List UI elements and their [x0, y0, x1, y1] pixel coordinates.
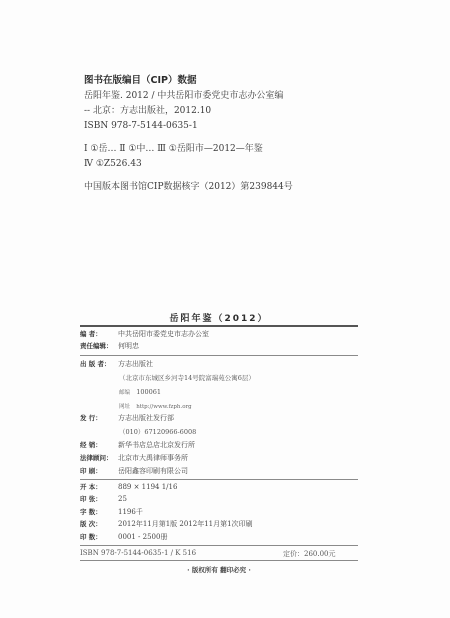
distributor-row: 发 行：方志出版社发行部 — [80, 413, 174, 423]
website-value: http://www.fzph.org — [136, 404, 191, 410]
words-value: 1196千 — [118, 508, 143, 516]
printer-label: 印 刷： — [80, 466, 118, 476]
responsible-editor-label: 责任编辑： — [80, 341, 118, 351]
distributor-phone: （010）67120966-6008 — [119, 427, 196, 437]
edition-label: 版 次： — [80, 519, 118, 529]
publisher-row: 出 版 者：方志出版社 — [80, 359, 153, 369]
publisher-value: 方志出版社 — [118, 360, 153, 368]
divider — [80, 355, 358, 356]
sheets-row: 印 张：25 — [80, 494, 127, 504]
format-label: 开 本： — [80, 482, 118, 492]
format-row: 开 本：889 × 1194 1/16 — [80, 482, 177, 492]
website-label: 网址 — [119, 404, 130, 410]
postcode-row: 邮编 100061 — [119, 387, 161, 398]
distributor-label: 发 行： — [80, 413, 118, 423]
words-label: 字 数： — [80, 507, 118, 517]
cip-line-classification: Ⅰ ①岳… Ⅱ ①中… Ⅲ ①岳阳市—2012—年鉴 — [84, 142, 374, 157]
responsible-editor-row: 责任编辑：何明忠 — [80, 341, 139, 351]
seller-row: 经 销：新华书店总店北京发行所 — [80, 440, 195, 450]
divider — [80, 325, 358, 327]
sheets-value: 25 — [118, 495, 127, 503]
print-run-value: 0001 - 2500册 — [118, 533, 167, 541]
cip-title: 图书在版编目（CIP）数据 — [84, 73, 374, 88]
postcode-label: 邮编 — [119, 390, 130, 396]
words-row: 字 数：1196千 — [80, 507, 143, 517]
cip-line-publisher: -- 北京：方志出版社，2012.10 — [84, 104, 374, 119]
legal-value: 北京市大禹律师事务所 — [118, 454, 188, 462]
format-value: 889 × 1194 1/16 — [118, 483, 177, 491]
printer-value: 岳阳鑫容印刷有限公司 — [118, 467, 188, 475]
publisher-label: 出 版 者： — [80, 359, 118, 369]
editor-value: 中共岳阳市委党史市志办公室 — [118, 330, 209, 338]
cip-line-isbn: ISBN 978-7-5144-0635-1 — [84, 119, 374, 134]
copyright-notice: · 版权所有 翻印必究 · — [80, 565, 358, 574]
legal-row: 法律顾问：北京市大禹律师事务所 — [80, 453, 188, 463]
cip-block: 图书在版编目（CIP）数据 岳阳年鉴. 2012 / 中共岳阳市委党史市志办公室… — [84, 73, 374, 195]
print-run-label: 印 数： — [80, 532, 118, 542]
editor-row: 编 者：中共岳阳市委党史市志办公室 — [80, 329, 209, 339]
isbn-line: ISBN 978-7-5144-0635-1 / K 516 — [80, 549, 196, 557]
postcode-value: 100061 — [136, 388, 161, 396]
cip-line-title-author: 岳阳年鉴. 2012 / 中共岳阳市委党史市志办公室编 — [84, 89, 374, 104]
divider — [80, 560, 358, 561]
price: 定价：260.00元 — [283, 549, 336, 559]
legal-label: 法律顾问： — [80, 453, 118, 463]
website-row: 网址 http://www.fzph.org — [119, 401, 192, 412]
divider — [80, 479, 358, 480]
sheets-label: 印 张： — [80, 494, 118, 504]
responsible-editor-value: 何明忠 — [118, 342, 139, 350]
distributor-value: 方志出版社发行部 — [118, 414, 174, 422]
divider — [80, 545, 358, 546]
seller-label: 经 销： — [80, 440, 118, 450]
book-title: 岳阳年鉴（2012） — [80, 311, 358, 324]
editor-label: 编 者： — [80, 329, 118, 339]
cip-line-class-number: Ⅳ ①Z526.43 — [84, 157, 374, 172]
print-run-row: 印 数：0001 - 2500册 — [80, 532, 167, 542]
edition-row: 版 次：2012年11月第1版 2012年11月第1次印刷 — [80, 519, 253, 529]
edition-value: 2012年11月第1版 2012年11月第1次印刷 — [118, 520, 253, 528]
publisher-address: （北京市东城区乡河寺14号院富瑞苑公寓6层） — [119, 373, 255, 383]
cip-line-record-number: 中国版本图书馆CIP数据核字（2012）第239844号 — [84, 180, 374, 195]
seller-value: 新华书店总店北京发行所 — [118, 441, 195, 449]
printer-row: 印 刷：岳阳鑫容印刷有限公司 — [80, 466, 188, 476]
